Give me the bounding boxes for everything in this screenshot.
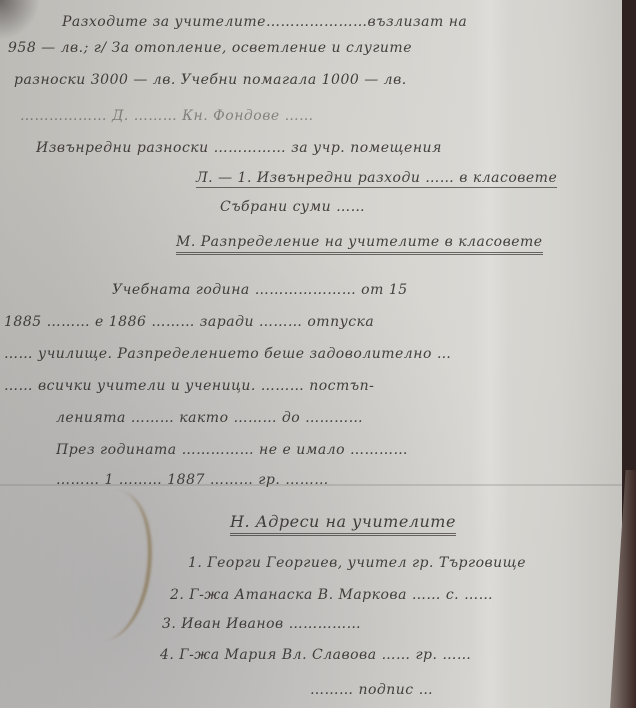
line-5: Извънредни разноски …………… за учр. помеще… [36,140,442,156]
line-14: През годината …………… не е имало ………… [56,442,408,458]
list-item-3: 3. Иван Иванов …………… [162,616,361,632]
line-9: Учебната година ………………… от 15 [112,282,408,298]
list-item-2: 2. Г-жа Атанаска В. Маркова …… с. …… [170,587,493,603]
line-2: 958 — лв.; г/ За отопление, осветление и… [8,40,412,56]
line-4: ……………… Д. ……… Кн. Фондове …… [20,108,314,124]
corner-shadow [0,0,40,40]
line-3: разноски 3000 — лв. Учебни помагала 1000… [14,72,407,88]
heading-m: М. Разпределение на учителите в класовет… [176,234,543,255]
list-item-1: 1. Георги Георгиев, учител гр. Търговище [188,555,526,571]
line-13: ленията ……… както ……… до ………… [56,410,363,426]
line-7: Събрани суми …… [220,199,365,215]
document-photo: Разходите за учителите…………………възлизат на… [0,0,636,708]
line-1: Разходите за учителите…………………възлизат на [62,14,467,30]
line-15: ……… 1 ……… 1887 ……… гр. ……… [56,472,329,488]
heading-n: Н. Адреси на учителите [230,512,456,536]
line-11: …… училище. Разпределението беше задовол… [4,346,451,362]
signature: ……… подпис … [310,682,433,698]
list-item-4: 4. Г-жа Мария Вл. Славова …… гр. …… [160,647,471,663]
line-10: 1885 ……… е 1886 ……… заради ……… отпуска [4,314,374,330]
heading-l: Л. — 1. Извънредни разходи …… в класовет… [196,170,557,188]
line-12: …… всички учители и ученици. ……… постъп- [4,378,374,394]
